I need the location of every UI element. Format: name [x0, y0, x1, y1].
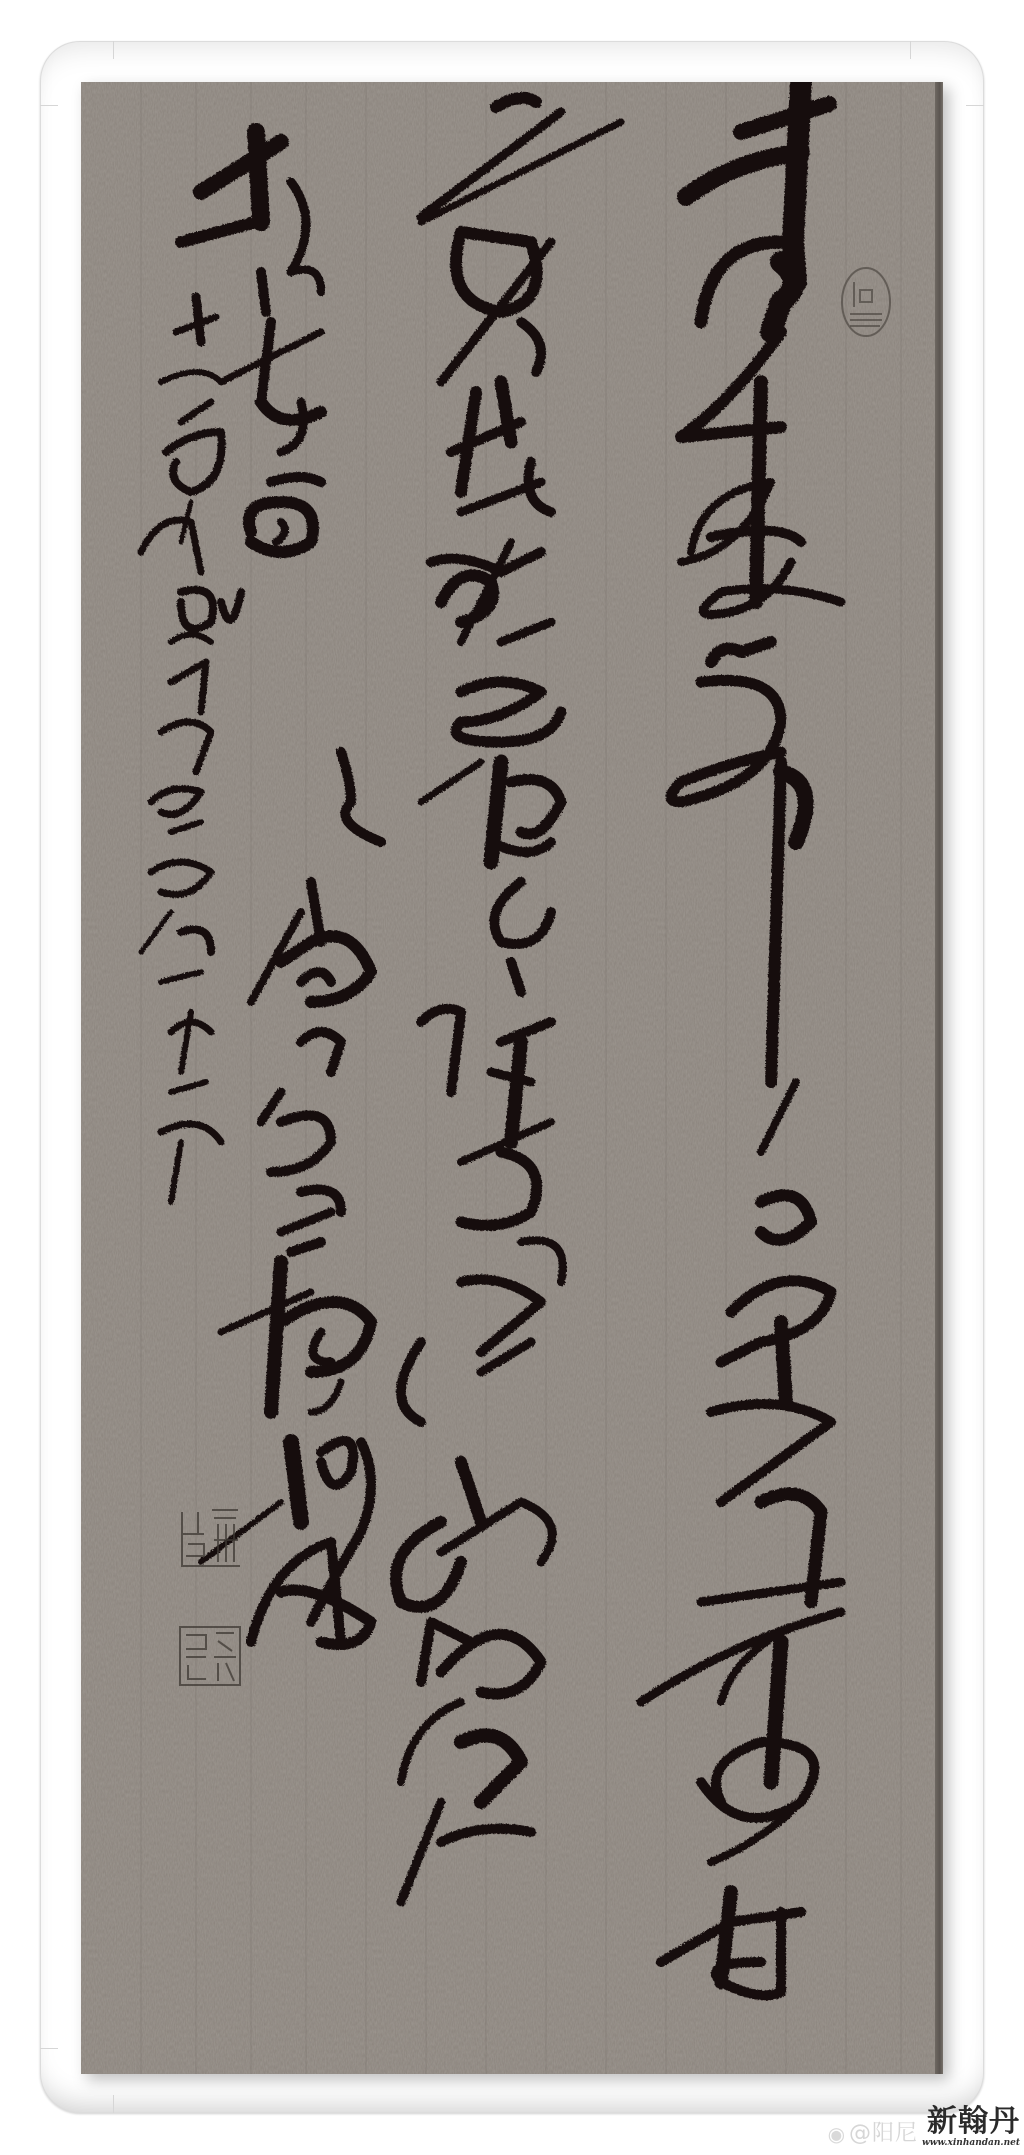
column-2: [396, 98, 621, 1902]
frame-corner-mark: [910, 41, 911, 59]
seal-square-intaglio: [178, 1625, 244, 1689]
scroll-edge: [935, 82, 943, 2074]
calligraphy-strokes: [81, 82, 943, 2074]
frame-corner-mark: [966, 105, 984, 106]
frame-corner-mark: [40, 2048, 58, 2049]
weibo-icon: ◉: [828, 2119, 845, 2149]
frame-corner-mark: [113, 2095, 114, 2113]
column-3: [181, 132, 381, 1645]
watermark-brand-name: 新翰丹: [927, 2106, 1020, 2138]
watermark-brand: 新翰丹 www.xinhandan.net: [922, 2106, 1020, 2149]
watermark: ◉ @阳尼 新翰丹 www.xinhandan.net: [828, 2105, 1020, 2149]
watermark-brand-url: www.xinhandan.net: [922, 2138, 1020, 2149]
frame-corner-mark: [40, 105, 58, 106]
seal-oval-top-right: [836, 262, 896, 342]
frame-corner-mark: [113, 41, 114, 59]
inscription: [141, 297, 241, 1202]
column-1: [641, 82, 841, 1995]
seal-square-relief: [178, 1504, 244, 1572]
calligraphy-paper: [81, 82, 943, 2074]
watermark-user-handle: @阳尼: [849, 2119, 918, 2149]
